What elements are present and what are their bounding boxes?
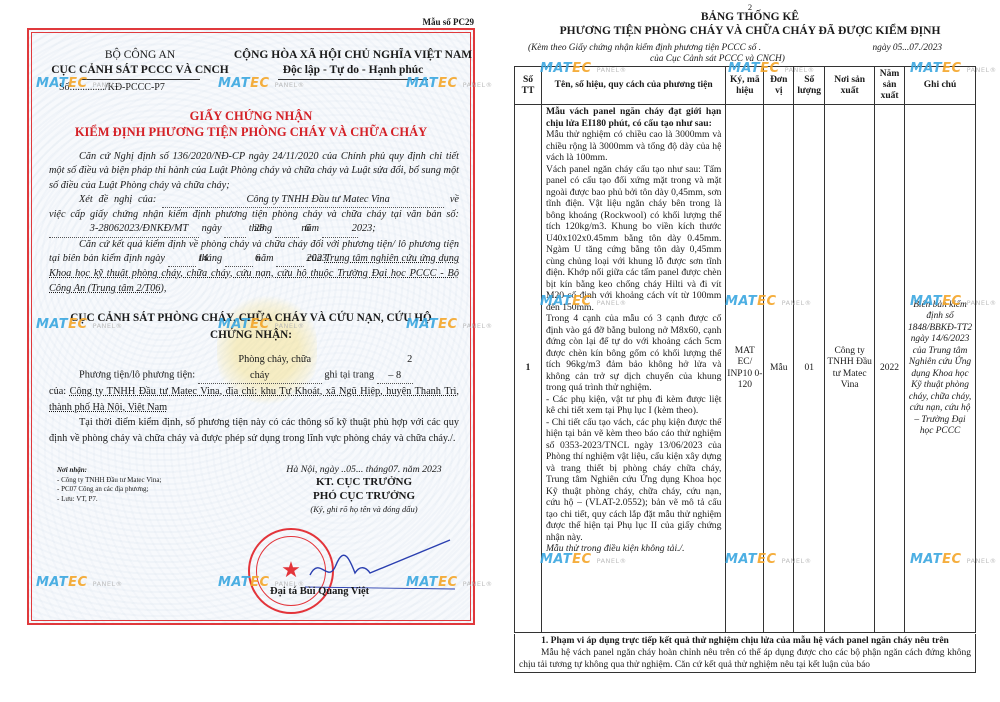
- certification-body: Phương tiện/lô phương tiện: Phòng cháy, …: [49, 352, 459, 446]
- legal-basis: Căn cứ Nghị định số 136/2020/NĐ-CP ngày …: [49, 150, 459, 296]
- scope-heading: 1. Phạm vi áp dụng trực tiếp kết quả thử…: [519, 635, 971, 647]
- owner-details: Công ty TNHH Đầu tư Matec Vina, địa chỉ:…: [49, 386, 459, 413]
- inspection-year: 2023: [276, 252, 304, 267]
- applicant-name: Công ty TNHH Đầu tư Matec Vina: [162, 193, 444, 208]
- item-pages: 2 – 8: [377, 352, 413, 384]
- request-doc-number: 3-28062023/ĐNKĐ/MT: [49, 222, 199, 237]
- form-number: Mẫu số PC29: [423, 17, 475, 27]
- description-paragraph: Trong 4 cạnh của mẫu có 3 cạnh được cố đ…: [546, 313, 721, 394]
- reference-line: (Kèm theo Giấy chứng nhận kiểm định phươ…: [528, 43, 761, 53]
- ministry-name: BỘ CÔNG AN: [35, 48, 245, 63]
- matec-watermark: MATEC PANEL®: [36, 317, 123, 332]
- description-title: Mẫu vách panel ngăn cháy đạt giới hạn ch…: [546, 106, 721, 129]
- inspection-month: 6: [225, 252, 253, 267]
- matec-watermark: MATEC PANEL®: [36, 76, 123, 91]
- recipient-item: - Lưu: VT, P7.: [57, 495, 161, 505]
- statistics-page: 2 BẢNG THỐNG KÊ PHƯƠNG TIỆN PHÒNG CHÁY V…: [500, 0, 1000, 702]
- request-month: 6: [275, 222, 299, 237]
- conclusion-paragraph: Tại thời điểm kiểm định, số phương tiện …: [49, 415, 459, 446]
- matec-watermark: MATEC PANEL®: [910, 552, 997, 567]
- column-header: Năm sản xuất: [875, 67, 905, 105]
- recipient-item: - Công ty TNHH Đầu tư Matec Vina;: [57, 476, 161, 486]
- table-title-1: BẢNG THỐNG KÊ: [500, 10, 1000, 24]
- matec-watermark: MATEC PANEL®: [910, 294, 997, 309]
- matec-watermark: MATEC PANEL®: [540, 294, 627, 309]
- certificate-page: Mẫu số PC29 BỘ CÔNG AN CỤC CẢNH SÁT PCCC…: [0, 0, 500, 702]
- recipient-item: - PC07 Công an các địa phương;: [57, 485, 161, 495]
- table-title: BẢNG THỐNG KÊ PHƯƠNG TIỆN PHÒNG CHÁY VÀ …: [500, 10, 1000, 38]
- signer-title-1: KT. CỤC TRƯỞNG: [259, 475, 469, 489]
- decree-paragraph: Căn cứ Nghị định số 136/2020/NĐ-CP ngày …: [49, 150, 459, 193]
- row-number: 1: [515, 105, 542, 633]
- matec-watermark: MATEC PANEL®: [406, 76, 493, 91]
- sign-date: Hà Nội, ngày ..05... tháng07. năm 2023: [259, 464, 469, 475]
- matec-watermark: MATEC PANEL®: [406, 575, 493, 590]
- column-header: Nơi sản xuất: [825, 67, 875, 105]
- inspected-equipment-table: Số TT Tên, số hiệu, quy cách của phương …: [514, 66, 976, 633]
- matec-watermark: MATEC PANEL®: [910, 61, 997, 76]
- request-year: 2023;: [322, 222, 358, 237]
- sign-note: (Ký, ghi rõ họ tên và đóng dấu): [259, 504, 469, 514]
- column-header: Số TT: [515, 67, 542, 105]
- owner-line: của: Công ty TNHH Đầu tư Matec Vina, địa…: [49, 384, 459, 415]
- manufacture-year: 2022: [875, 105, 905, 633]
- description-paragraph: Vách panel ngăn cháy cấu tạo như sau: Tấ…: [546, 164, 721, 314]
- matec-watermark: MATEC PANEL®: [406, 317, 493, 332]
- manufacturer: Công ty TNHH Đầu tư Matec Vina: [825, 105, 875, 633]
- matec-watermark: MATEC PANEL®: [218, 317, 305, 332]
- certificate-title: GIẤY CHỨNG NHẬN KIỂM ĐỊNH PHƯƠNG TIỆN PH…: [29, 108, 473, 140]
- matec-watermark: MATEC PANEL®: [725, 552, 812, 567]
- description-paragraph: - Các phụ kiện, vật tư phụ đi kèm được l…: [546, 394, 721, 417]
- description-paragraph: Mẫu thử nghiệm có chiều cao là 3000mm và…: [546, 129, 721, 164]
- matec-watermark: MATEC PANEL®: [725, 294, 812, 309]
- inspection-paragraph: Căn cứ kết quả kiểm định về phòng cháy v…: [49, 238, 459, 296]
- title-line-2: KIỂM ĐỊNH PHƯƠNG TIỆN PHÒNG CHÁY VÀ CHỮA…: [29, 124, 473, 140]
- matec-watermark: MATEC PANEL®: [36, 575, 123, 590]
- recipients-title: Nơi nhận:: [57, 466, 161, 476]
- item-type: Phòng cháy, chữa cháy: [198, 352, 322, 384]
- request-paragraph: Xét đề nghị của: Công ty TNHH Đầu tư Mat…: [49, 193, 459, 238]
- matec-watermark: MATEC PANEL®: [218, 76, 305, 91]
- nation-name: CỘNG HÒA XÃ HỘI CHỦ NGHĨA VIỆT NAM: [229, 48, 477, 63]
- matec-watermark: MATEC PANEL®: [218, 575, 305, 590]
- request-day: 28: [224, 222, 246, 237]
- description-paragraph: - Chi tiết cấu tạo vách, các phụ kiện đư…: [546, 417, 721, 544]
- recipients: Nơi nhận: - Công ty TNHH Đầu tư Matec Vi…: [57, 466, 161, 504]
- item-line: Phương tiện/lô phương tiện: Phòng cháy, …: [49, 352, 459, 384]
- scope-text: Mẫu hệ vách panel ngăn cháy hoàn chỉnh n…: [519, 647, 971, 671]
- scope-section: 1. Phạm vi áp dụng trực tiếp kết quả thử…: [514, 634, 976, 673]
- inspection-day: 14: [168, 252, 196, 267]
- signature-block: Hà Nội, ngày ..05... tháng07. năm 2023 K…: [259, 464, 469, 514]
- title-line-1: GIẤY CHỨNG NHẬN: [29, 108, 473, 124]
- signer-title-2: PHÓ CỤC TRƯỞNG: [259, 489, 469, 503]
- matec-watermark: MATEC PANEL®: [728, 61, 815, 76]
- matec-watermark: MATEC PANEL®: [540, 61, 627, 76]
- matec-watermark: MATEC PANEL®: [540, 552, 627, 567]
- reference-date: ngày 05...07./2023: [873, 43, 942, 53]
- table-title-2: PHƯƠNG TIỆN PHÒNG CHÁY VÀ CHỮA CHÁY ĐÃ Đ…: [500, 24, 1000, 38]
